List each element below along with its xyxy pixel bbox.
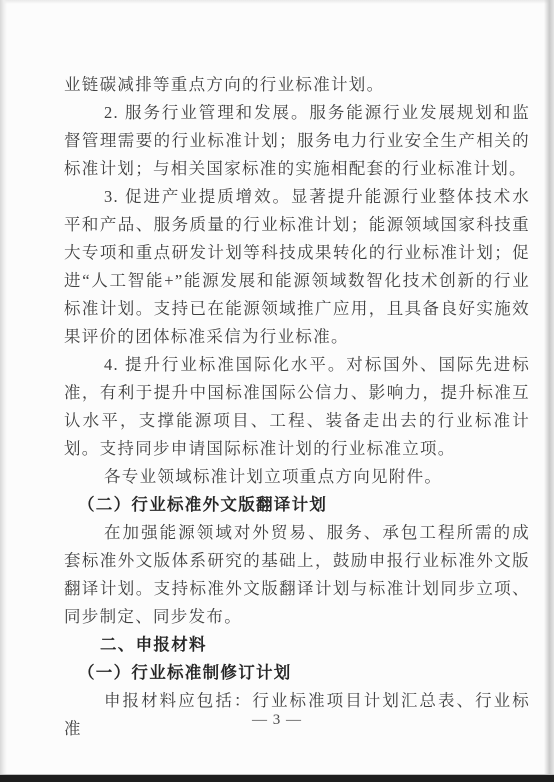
paragraph-translation-plan: 在加强能源领域对外贸易、服务、承包工程所需的成套标准外文版体系研究的基础上，鼓励…	[64, 519, 530, 631]
section-heading-translation-plan: （二）行业标准外文版翻译计划	[64, 491, 530, 519]
paragraph-item-4: 4. 提升行业标准国际化水平。对标国外、国际先进标准，有利于提升中国标准国际公信…	[64, 351, 530, 463]
scan-edge-left	[0, 0, 7, 782]
document-body: 业链碳减排等重点方向的行业标准计划。 2. 服务行业管理和发展。服务能源行业发展…	[64, 71, 530, 743]
page-number: — 3 —	[0, 709, 554, 731]
scan-edge-bottom	[0, 775, 554, 782]
scan-edge-right	[544, 0, 554, 782]
paragraph-attachment-note: 各专业领域标准计划立项重点方向见附件。	[64, 463, 530, 491]
scan-edge-top	[0, 0, 554, 4]
document-page: 业链碳减排等重点方向的行业标准计划。 2. 服务行业管理和发展。服务能源行业发展…	[0, 0, 554, 782]
paragraph-continuation: 业链碳减排等重点方向的行业标准计划。	[64, 71, 530, 99]
paragraph-item-2: 2. 服务行业管理和发展。服务能源行业发展规划和监督管理需要的行业标准计划；服务…	[64, 99, 530, 183]
section-heading-revision-plan: （一）行业标准制修订计划	[64, 659, 530, 687]
paragraph-item-3: 3. 促进产业提质增效。显著提升能源行业整体技术水平和产品、服务质量的行业标准计…	[64, 183, 530, 351]
section-heading-application-materials: 二、申报材料	[64, 631, 530, 659]
